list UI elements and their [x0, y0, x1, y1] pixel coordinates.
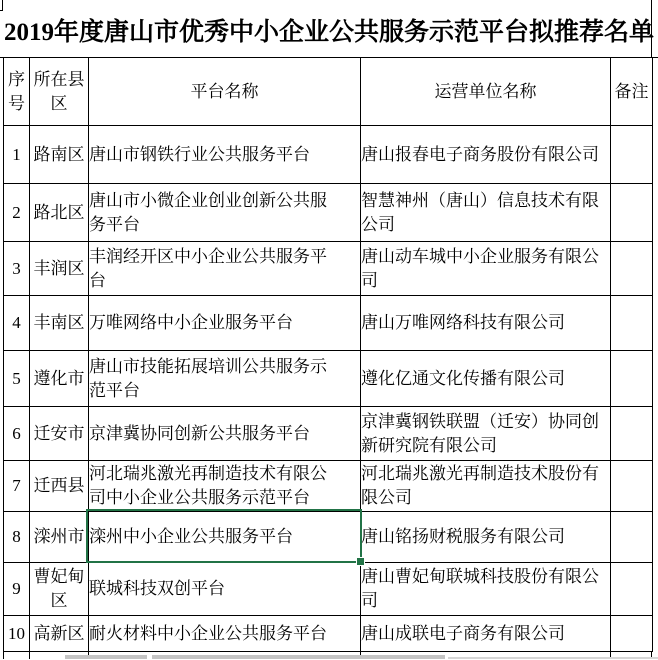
table-row: 5遵化市唐山市技能拓展培训公共服务示 范平台遵化亿通文化传播有限公司	[4, 351, 653, 407]
district-cell[interactable]: 迁安市	[30, 407, 89, 461]
remark-cell[interactable]	[611, 461, 653, 512]
platform-cell[interactable]: 河北瑞兆激光再制造技术有限公 司中小企业公共服务示范平台	[89, 461, 361, 512]
partial-row-strip	[448, 657, 658, 659]
operator-cell[interactable]: 唐山万唯网络科技有限公司	[361, 296, 611, 351]
table-row: 8滦州市滦州中小企业公共服务平台唐山铭扬财税服务有限公司	[4, 512, 653, 563]
district-cell[interactable]: 曹妃甸 区	[30, 563, 89, 616]
platform-cell[interactable]: 耐火材料中小企业公共服务平台	[89, 616, 361, 652]
grid-line-fragment	[29, 651, 30, 659]
fill-handle[interactable]	[356, 557, 365, 566]
platform-cell[interactable]: 联城科技双创平台	[89, 563, 361, 616]
remark-cell[interactable]	[611, 616, 653, 652]
row-index-cell[interactable]: 7	[4, 461, 30, 512]
remark-cell[interactable]	[611, 512, 653, 563]
header-cell-remark[interactable]: 备注	[611, 58, 653, 126]
header-cell-district[interactable]: 所在县 区	[30, 58, 89, 126]
platform-cell[interactable]: 丰润经开区中小企业公共服务平 台	[89, 242, 361, 296]
district-cell[interactable]: 滦州市	[30, 512, 89, 563]
table-body: 序 号 所在县 区 平台名称 运营单位名称 备注 1路南区唐山市钢铁行业公共服务…	[4, 58, 653, 652]
remark-cell[interactable]	[611, 242, 653, 296]
operator-cell[interactable]: 唐山动车城中小企业服务有限公 司	[361, 242, 611, 296]
row-index-cell[interactable]: 5	[4, 351, 30, 407]
table-row: 1路南区唐山市钢铁行业公共服务平台唐山报春电子商务股份有限公司	[4, 126, 653, 184]
district-cell[interactable]: 路北区	[30, 184, 89, 242]
operator-cell[interactable]: 京津冀钢铁联盟（迁安）协同创 新研究院有限公司	[361, 407, 611, 461]
remark-cell[interactable]	[611, 184, 653, 242]
grid-line-fragment	[3, 651, 4, 659]
row-index-cell[interactable]: 2	[4, 184, 30, 242]
partial-row-strip	[65, 655, 147, 659]
operator-cell[interactable]: 唐山报春电子商务股份有限公司	[361, 126, 611, 184]
header-cell-no[interactable]: 序 号	[4, 58, 30, 126]
header-cell-operator[interactable]: 运营单位名称	[361, 58, 611, 126]
header-cell-platform[interactable]: 平台名称	[89, 58, 361, 126]
platform-cell[interactable]: 万唯网络中小企业服务平台	[89, 296, 361, 351]
district-cell[interactable]: 高新区	[30, 616, 89, 652]
row-index-cell[interactable]: 4	[4, 296, 30, 351]
table-row: 4丰南区万唯网络中小企业服务平台唐山万唯网络科技有限公司	[4, 296, 653, 351]
platform-cell[interactable]: 京津冀协同创新公共服务平台	[89, 407, 361, 461]
platform-cell[interactable]: 唐山市技能拓展培训公共服务示 范平台	[89, 351, 361, 407]
district-cell[interactable]: 迁西县	[30, 461, 89, 512]
platform-cell-selected[interactable]: 滦州中小企业公共服务平台	[89, 512, 361, 563]
sheet-title[interactable]: 2019年度唐山市优秀中小企业公共服务示范平台拟推荐名单	[0, 8, 658, 57]
operator-cell[interactable]: 唐山成联电子商务有限公司	[361, 616, 611, 652]
remark-cell[interactable]	[611, 296, 653, 351]
district-cell[interactable]: 路南区	[30, 126, 89, 184]
recommendation-table: 序 号 所在县 区 平台名称 运营单位名称 备注 1路南区唐山市钢铁行业公共服务…	[3, 57, 653, 652]
table-row: 3丰润区丰润经开区中小企业公共服务平 台唐山动车城中小企业服务有限公 司	[4, 242, 653, 296]
operator-cell[interactable]: 智慧神州（唐山）信息技术有限 公司	[361, 184, 611, 242]
district-cell[interactable]: 丰润区	[30, 242, 89, 296]
table-row: 9曹妃甸 区联城科技双创平台唐山曹妃甸联城科技股份有限公 司	[4, 563, 653, 616]
operator-cell[interactable]: 遵化亿通文化传播有限公司	[361, 351, 611, 407]
table-row: 7迁西县河北瑞兆激光再制造技术有限公 司中小企业公共服务示范平台河北瑞兆激光再制…	[4, 461, 653, 512]
row-index-cell[interactable]: 10	[4, 616, 30, 652]
district-cell[interactable]: 遵化市	[30, 351, 89, 407]
row-index-cell[interactable]: 6	[4, 407, 30, 461]
remark-cell[interactable]	[611, 407, 653, 461]
platform-cell[interactable]: 唐山市小微企业创业创新公共服 务平台	[89, 184, 361, 242]
header-row: 序 号 所在县 区 平台名称 运营单位名称 备注	[4, 58, 653, 126]
remark-cell[interactable]	[611, 351, 653, 407]
table-row: 10高新区耐火材料中小企业公共服务平台唐山成联电子商务有限公司	[4, 616, 653, 652]
row-index-cell[interactable]: 9	[4, 563, 30, 616]
row-index-cell[interactable]: 1	[4, 126, 30, 184]
district-cell[interactable]: 丰南区	[30, 296, 89, 351]
partial-row-strip	[152, 655, 445, 659]
row-index-cell[interactable]: 3	[4, 242, 30, 296]
remark-cell[interactable]	[611, 126, 653, 184]
operator-cell[interactable]: 唐山曹妃甸联城科技股份有限公 司	[361, 563, 611, 616]
row-index-cell[interactable]: 8	[4, 512, 30, 563]
table-row: 6迁安市京津冀协同创新公共服务平台京津冀钢铁联盟（迁安）协同创 新研究院有限公司	[4, 407, 653, 461]
platform-cell[interactable]: 唐山市钢铁行业公共服务平台	[89, 126, 361, 184]
spreadsheet-viewport: { "title": "2019年度唐山市优秀中小企业公共服务示范平台拟推荐名单…	[0, 0, 658, 660]
operator-cell[interactable]: 河北瑞兆激光再制造技术股份有 限公司	[361, 461, 611, 512]
operator-cell[interactable]: 唐山铭扬财税服务有限公司	[361, 512, 611, 563]
table-row: 2路北区唐山市小微企业创业创新公共服 务平台智慧神州（唐山）信息技术有限 公司	[4, 184, 653, 242]
remark-cell[interactable]	[611, 563, 653, 616]
